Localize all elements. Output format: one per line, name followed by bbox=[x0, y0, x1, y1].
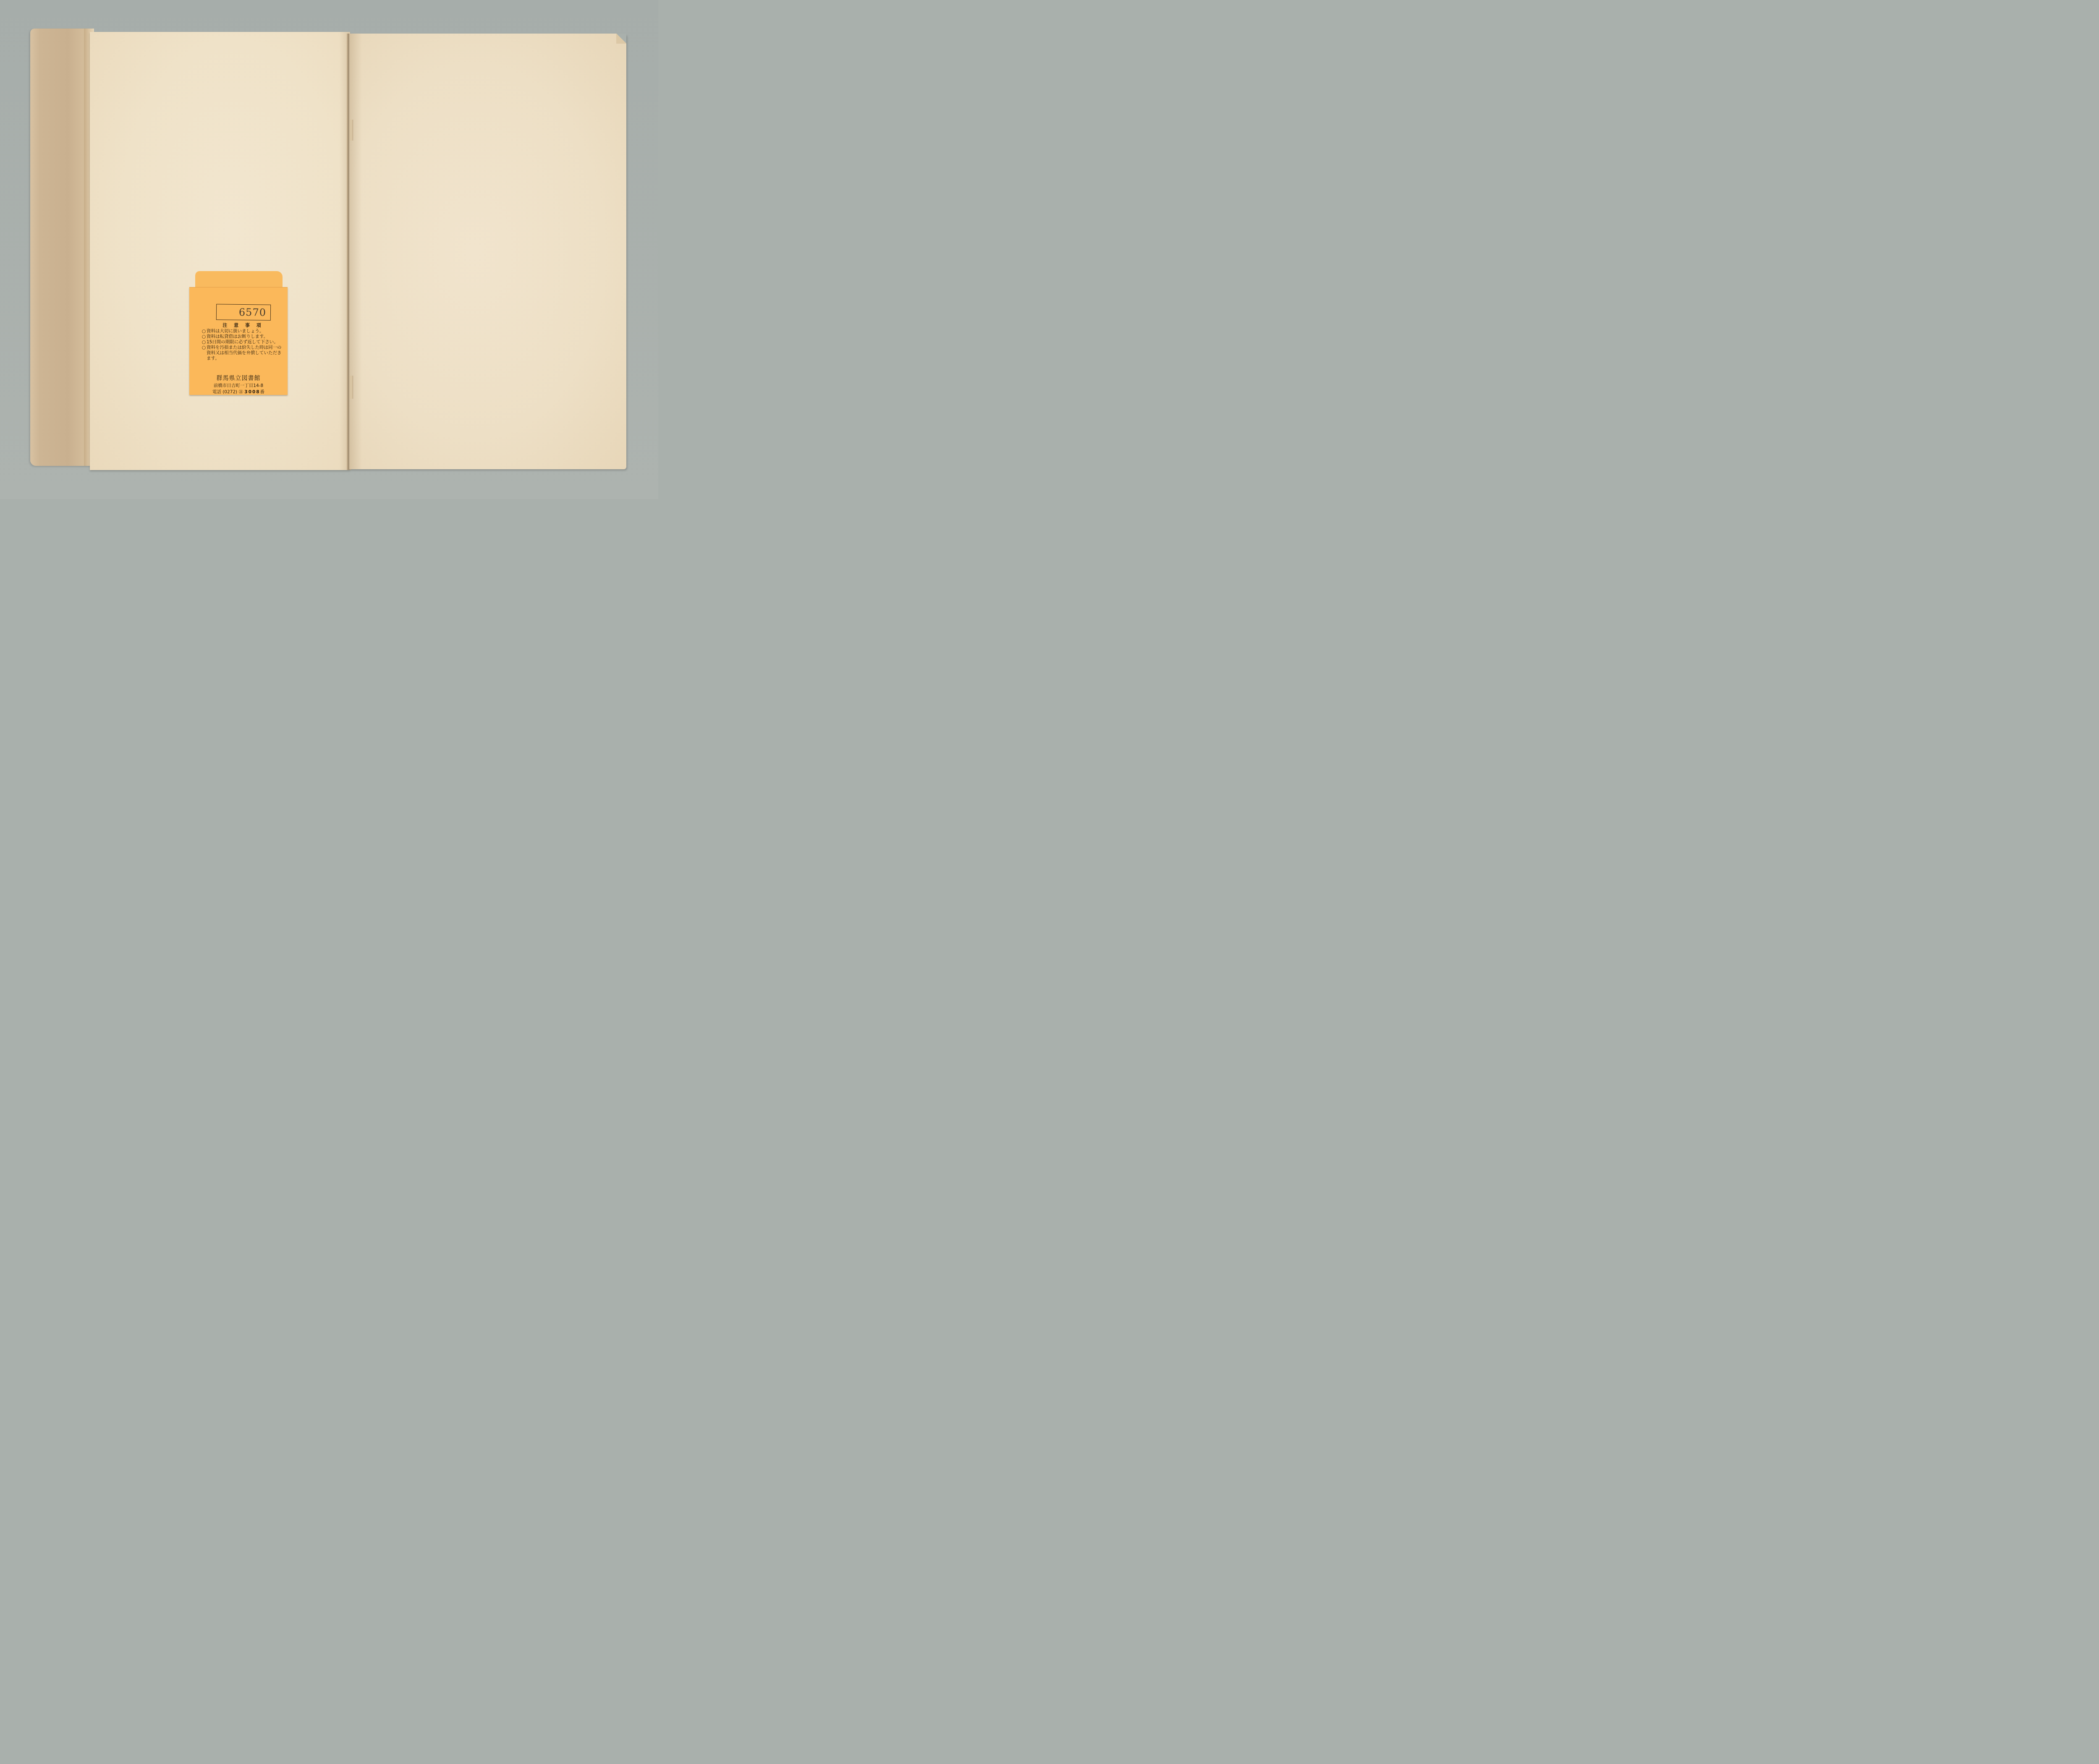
notice-item: ○ 資料は転貸借はお断りします。 bbox=[202, 334, 284, 340]
notice-item-text: 資料は大切に扱いましょう。 bbox=[207, 329, 264, 334]
circle-bullet-icon: ○ bbox=[202, 329, 206, 334]
phone-exchange: ㉛ bbox=[239, 389, 243, 395]
call-number-box: 6570 bbox=[216, 304, 271, 320]
binding-tear bbox=[349, 120, 353, 141]
phone-number: 3008 bbox=[244, 389, 260, 395]
phone-suffix: 番 bbox=[260, 389, 265, 395]
binding-tear bbox=[349, 376, 353, 399]
phone-area-code: (0272) bbox=[222, 389, 237, 395]
notice-item: ○ 資料は大切に扱いましょう。 bbox=[202, 329, 284, 334]
library-address: 前橋市日吉町一丁目14-8 bbox=[189, 382, 288, 389]
notice-item: ○ 資料を汚損または紛失した時は同一の資料又は相当代価を弁償していただきます。 bbox=[202, 345, 284, 361]
right-page bbox=[349, 34, 626, 469]
page-corner-fold bbox=[616, 34, 626, 44]
circle-bullet-icon: ○ bbox=[202, 345, 206, 350]
circle-bullet-icon: ○ bbox=[202, 340, 206, 345]
notice-item-text: 15日間の期限に必ず返して下さい。 bbox=[207, 340, 278, 345]
library-name: 群馬県立図書館 bbox=[189, 374, 288, 382]
notice-item: ○ 15日間の期限に必ず返して下さい。 bbox=[202, 340, 284, 345]
call-number: 6570 bbox=[239, 306, 266, 319]
notice-block: 注 意 事 項 ○ 資料は大切に扱いましょう。 ○ 資料は転貸借はお断りします。… bbox=[202, 323, 284, 361]
library-card-pocket: 6570 注 意 事 項 ○ 資料は大切に扱いましょう。 ○ 資料は転貸借はお断… bbox=[189, 271, 288, 395]
library-phone: 電話 (0272) ㉛ 3008番 bbox=[189, 389, 288, 395]
notice-title: 注 意 事 項 bbox=[202, 323, 284, 328]
notice-item-text: 資料は転貸借はお断りします。 bbox=[207, 334, 268, 339]
phone-label: 電話 bbox=[212, 389, 221, 395]
notice-item-text: 資料を汚損または紛失した時は同一の資料又は相当代価を弁償していただきます。 bbox=[207, 345, 282, 361]
left-page: 6570 注 意 事 項 ○ 資料は大切に扱いましょう。 ○ 資料は転貸借はお断… bbox=[90, 32, 350, 470]
pocket-body: 6570 注 意 事 項 ○ 資料は大切に扱いましょう。 ○ 資料は転貸借はお断… bbox=[189, 287, 288, 395]
circle-bullet-icon: ○ bbox=[202, 334, 206, 340]
